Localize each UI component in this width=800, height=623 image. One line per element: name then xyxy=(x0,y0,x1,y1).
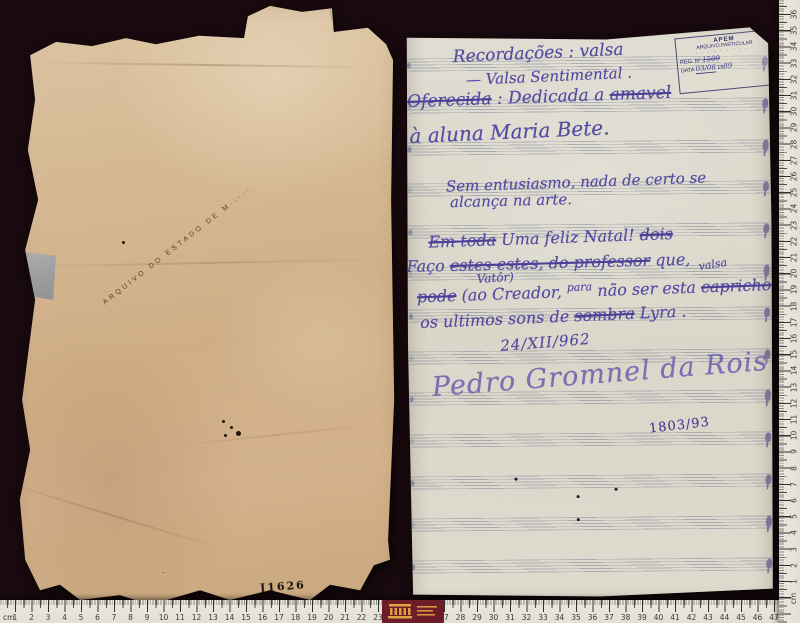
ruler-number: 11 xyxy=(175,613,185,622)
ruler-number: 45 xyxy=(736,613,746,622)
ruler-number: 19 xyxy=(307,613,317,622)
ruler-number: 35 xyxy=(571,613,581,622)
quote-line-2: alcança na arte. xyxy=(450,190,572,211)
music-staff-lines xyxy=(405,25,771,28)
ink-spots xyxy=(514,478,517,481)
ruler-number: 24 xyxy=(790,203,799,215)
ruler-number: 15 xyxy=(790,349,799,361)
fold-crease xyxy=(326,0,336,43)
ruler-number: 12 xyxy=(192,613,202,622)
ruler-number: 17 xyxy=(274,613,284,622)
right-document: APEM ARQUIVO PARTICULAR · · · · · · · · … xyxy=(407,27,773,600)
ruler-number: 34 xyxy=(555,613,565,622)
ruler-number: 15 xyxy=(241,613,251,622)
ruler-number: 3 xyxy=(790,543,799,555)
ruler-number: 30 xyxy=(790,106,799,118)
vertical-ruler: 1234567891011121314151617181920212223242… xyxy=(779,0,800,623)
date-line: 24/XII/962 xyxy=(500,330,591,355)
signature: Pedro Gromnel da Rois xyxy=(431,346,769,403)
inserted-word: valsa xyxy=(698,256,728,273)
ruler-number: 19 xyxy=(790,284,799,296)
draft-line-1: Em toda Uma feliz Natal! dois xyxy=(428,224,673,252)
ink-spots xyxy=(122,241,125,244)
dedication-line: Oferecida : Dedicada a amavel xyxy=(407,83,672,112)
ruler-number: 5 xyxy=(790,511,799,523)
ruler-number: 18 xyxy=(291,613,301,622)
ruler-unit-label: cm xyxy=(789,593,798,604)
ruler-number: 22 xyxy=(357,613,367,622)
archive-stamp: APEM ARQUIVO PARTICULAR · · · · · · · · … xyxy=(674,29,773,94)
ruler-number: 12 xyxy=(790,397,799,409)
ruler-number: 7 xyxy=(112,613,117,622)
ruler-number: 47 xyxy=(769,613,779,622)
ruler-number: 40 xyxy=(654,613,664,622)
ruler-number: 43 xyxy=(703,613,713,622)
ruler-number: 34 xyxy=(790,41,799,53)
ruler-number: 9 xyxy=(790,446,799,458)
staff-line-group xyxy=(408,390,774,406)
ruler-number: 11 xyxy=(790,414,799,426)
stamp-line3: · · · · · · · · · · xyxy=(679,44,771,58)
ruler-number: 20 xyxy=(790,268,799,280)
ruler-number: 21 xyxy=(340,613,350,622)
stamp-date-line: DATA 03/06 1989 xyxy=(680,58,772,75)
ruler-number: 1 xyxy=(790,576,799,588)
ruler-number: 18 xyxy=(790,300,799,312)
ruler-number: 31 xyxy=(505,613,515,622)
ruler-number: 4 xyxy=(62,613,67,622)
horizontal-ruler: cm 1234567891011121314151617181920212223… xyxy=(0,600,800,623)
ruler-number: 8 xyxy=(790,462,799,474)
stamp-year-value: 89 xyxy=(723,62,733,71)
catalog-number: 1803/93 xyxy=(648,415,710,437)
staff-line-group xyxy=(408,473,774,489)
manuscript-title: Recordações : valsa xyxy=(452,40,624,67)
left-document: ARQUIVO DO ESTADO DE M····· J1626 xyxy=(16,4,398,614)
archive-logo xyxy=(382,600,444,623)
staff-line-group xyxy=(409,515,775,531)
ruler-number: 26 xyxy=(790,171,799,183)
bottom-ink-mark: J1626 xyxy=(260,578,307,594)
ruler-number: 6 xyxy=(95,613,100,622)
manuscript-subtitle: — Valsa Sentimental . xyxy=(466,64,633,89)
staff-line-group xyxy=(407,348,773,364)
staff-line-group xyxy=(405,139,771,155)
stamp-registry-number: 1509 xyxy=(702,55,721,64)
ruler-number: 2 xyxy=(790,559,799,571)
draft-line-2: Faço estes estes, do professor que, xyxy=(406,250,690,276)
ruler-number: 30 xyxy=(489,613,499,622)
stamp-registry-line: REG. Nº 1509 xyxy=(680,50,772,67)
ruler-number: 9 xyxy=(145,613,150,622)
staff-line-group xyxy=(407,306,773,322)
ruler-number: 14 xyxy=(790,365,799,377)
ruler-number: 22 xyxy=(790,235,799,247)
ruler-number: 17 xyxy=(790,316,799,328)
staff-line-group xyxy=(408,432,774,448)
ruler-number: 16 xyxy=(790,333,799,345)
draft-line-3: pode (ao Creador, para não ser esta capr… xyxy=(417,273,790,306)
ruler-number: 2 xyxy=(29,613,34,622)
quote-line-1: Sem entusiasmo, nada de certo se xyxy=(446,169,707,196)
archival-photo: ARQUIVO DO ESTADO DE M····· J1626 APEM A… xyxy=(0,0,800,623)
ruler-number: 35 xyxy=(790,25,799,37)
ruler-number: 5 xyxy=(79,613,84,622)
ruler-number: 20 xyxy=(324,613,334,622)
archive-building-icon xyxy=(382,600,444,623)
ruler-number: 7 xyxy=(790,478,799,490)
staff-line-group xyxy=(407,264,773,280)
stamp-subtitle: ARQUIVO PARTICULAR xyxy=(679,38,771,52)
left-document-page: ARQUIVO DO ESTADO DE M····· J1626 xyxy=(16,4,398,614)
diagonal-archive-stamp-text: ARQUIVO DO ESTADO DE M····· xyxy=(102,171,272,306)
ruler-number: 4 xyxy=(790,527,799,539)
inserted-word: Vatôr) xyxy=(476,270,514,286)
ruler-number: 13 xyxy=(208,613,218,622)
ruler-number: 38 xyxy=(621,613,631,622)
ruler-number: 44 xyxy=(720,613,730,622)
ruler-number: 37 xyxy=(604,613,614,622)
fold-crease xyxy=(24,258,387,268)
staff-line-group xyxy=(406,181,772,197)
ruler-number: 6 xyxy=(790,495,799,507)
ruler-number: 41 xyxy=(670,613,680,622)
dedicatee-line: à aluna Maria Bete. xyxy=(409,115,610,148)
ruler-number: 10 xyxy=(790,430,799,442)
draft-line-4: os ultimos sons de sombra Lyra . xyxy=(420,302,687,333)
ruler-number: 36 xyxy=(790,9,799,21)
stamp-date-value: 03/06 xyxy=(695,64,716,74)
ruler-number: 29 xyxy=(472,613,482,622)
staff-line-group xyxy=(405,97,771,113)
ruler-number: 23 xyxy=(790,219,799,231)
staff-line-group xyxy=(405,55,771,71)
ruler-number: 14 xyxy=(225,613,235,622)
fold-crease xyxy=(39,62,375,69)
ruler-number: 33 xyxy=(538,613,548,622)
ruler-number: 28 xyxy=(456,613,466,622)
staff-line-group xyxy=(409,557,775,573)
tape-fragment xyxy=(20,252,56,300)
fold-crease xyxy=(0,477,231,552)
ruler-number: 16 xyxy=(258,613,268,622)
ruler-number: 3 xyxy=(46,613,51,622)
ruler-number: 27 xyxy=(790,154,799,166)
ruler-number: 29 xyxy=(790,122,799,134)
ruler-number: 25 xyxy=(790,187,799,199)
ruler-number: 32 xyxy=(790,73,799,85)
fold-crease xyxy=(166,423,385,448)
stamp-title: APEM xyxy=(678,31,770,47)
ruler-number: 33 xyxy=(790,57,799,69)
ruler-number: 8 xyxy=(128,613,133,622)
ruler-number: 1 xyxy=(13,613,18,622)
right-document-page: APEM ARQUIVO PARTICULAR · · · · · · · · … xyxy=(405,25,776,601)
ruler-number: 10 xyxy=(159,613,169,622)
ruler-number: 28 xyxy=(790,138,799,150)
ruler-number: 32 xyxy=(522,613,532,622)
ruler-number: 13 xyxy=(790,381,799,393)
ruler-number: 46 xyxy=(753,613,763,622)
staff-line-group xyxy=(406,223,772,239)
ruler-number: 42 xyxy=(687,613,697,622)
ruler-number: 31 xyxy=(790,90,799,102)
ruler-number: 39 xyxy=(637,613,647,622)
ruler-number: 36 xyxy=(588,613,598,622)
ruler-number: 21 xyxy=(790,252,799,264)
